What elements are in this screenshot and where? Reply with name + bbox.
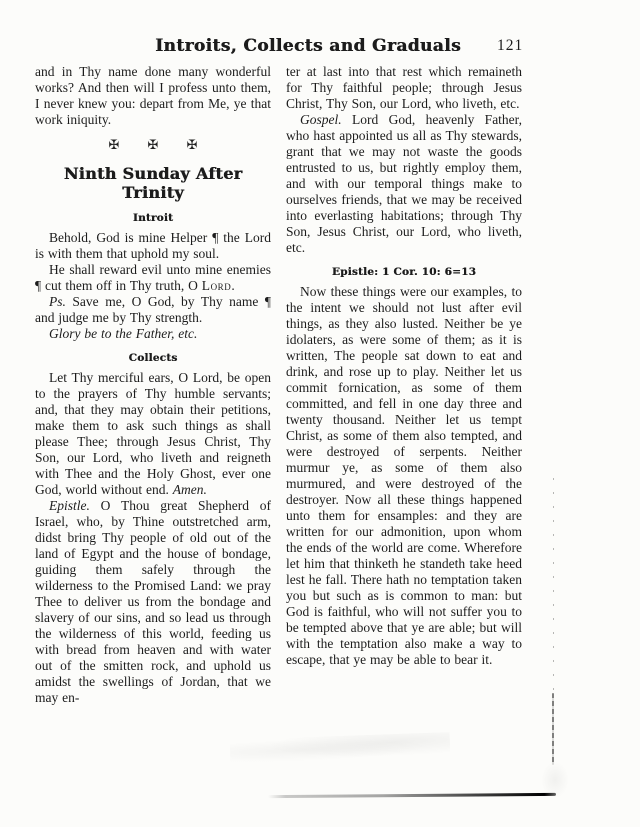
epistle-lead: Epistle. [49, 498, 90, 513]
left-column: and in Thy name done many wonderful work… [35, 64, 271, 706]
epistle-reference-label: Epistle: 1 Cor. 10: 6=13 [286, 266, 522, 278]
scan-smudge [230, 732, 451, 766]
collect-paragraph: Let Thy merciful ears, O Lord, be open t… [35, 370, 271, 498]
psalm-text: Save me, O God, by Thy name ¶ and judge … [35, 294, 271, 325]
epistle-collect-paragraph: Epistle. O Thou great Shepherd of Israel… [35, 498, 271, 706]
scan-artifact-vertical-line-dark [552, 693, 554, 765]
running-header: Introits, Collects and Graduals 121 [0, 36, 640, 58]
introit-label: Introit [35, 212, 271, 224]
collects-label: Collects [35, 352, 271, 364]
introit-verse-1: Behold, God is mine Helper ¶ the Lord is… [35, 230, 271, 262]
gospel-text: Lord God, heavenly Father, who hast appo… [286, 112, 522, 255]
psalm-lead: Ps. [49, 294, 66, 309]
gospel-lead: Gospel. [300, 112, 342, 127]
section-heading: Ninth Sunday After Trinity [35, 164, 271, 202]
collect-text: Let Thy merciful ears, O Lord, be open t… [35, 370, 271, 497]
scan-artifact-vertical-dotted-line [553, 478, 554, 693]
gospel-paragraph: Gospel. Lord God, heavenly Father, who h… [286, 112, 522, 256]
continuation-paragraph: and in Thy name done many wonderful work… [35, 64, 271, 128]
continuation-paragraph: ter at last into that rest which remaine… [286, 64, 522, 112]
epistle-body-paragraph: Now these things were our examples, to t… [286, 284, 522, 668]
right-column: ter at last into that rest which remaine… [286, 64, 522, 706]
gloria-line: Glory be to the Father, etc. [35, 326, 271, 342]
page-title: Introits, Collects and Graduals [155, 36, 461, 56]
text-block: and in Thy name done many wonderful work… [35, 64, 522, 706]
cross-pattee-divider-icon: ✠ ✠ ✠ [35, 138, 271, 153]
epistle-text: O Thou great Shepherd of Israel, who, by… [35, 498, 271, 705]
scanned-book-page: Introits, Collects and Graduals 121 and … [0, 0, 640, 827]
scan-artifact-horizontal-line [268, 793, 556, 798]
introit-psalm: Ps. Save me, O God, by Thy name ¶ and ju… [35, 294, 271, 326]
collect-amen: Amen. [173, 482, 207, 497]
introit-verse-2: He shall reward evil unto mine enemies ¶… [35, 262, 271, 294]
introit-verse-2-text: He shall reward evil unto mine enemies ¶… [35, 262, 271, 293]
page-number: 121 [497, 37, 523, 55]
lord-smallcaps: Lord. [202, 278, 236, 293]
